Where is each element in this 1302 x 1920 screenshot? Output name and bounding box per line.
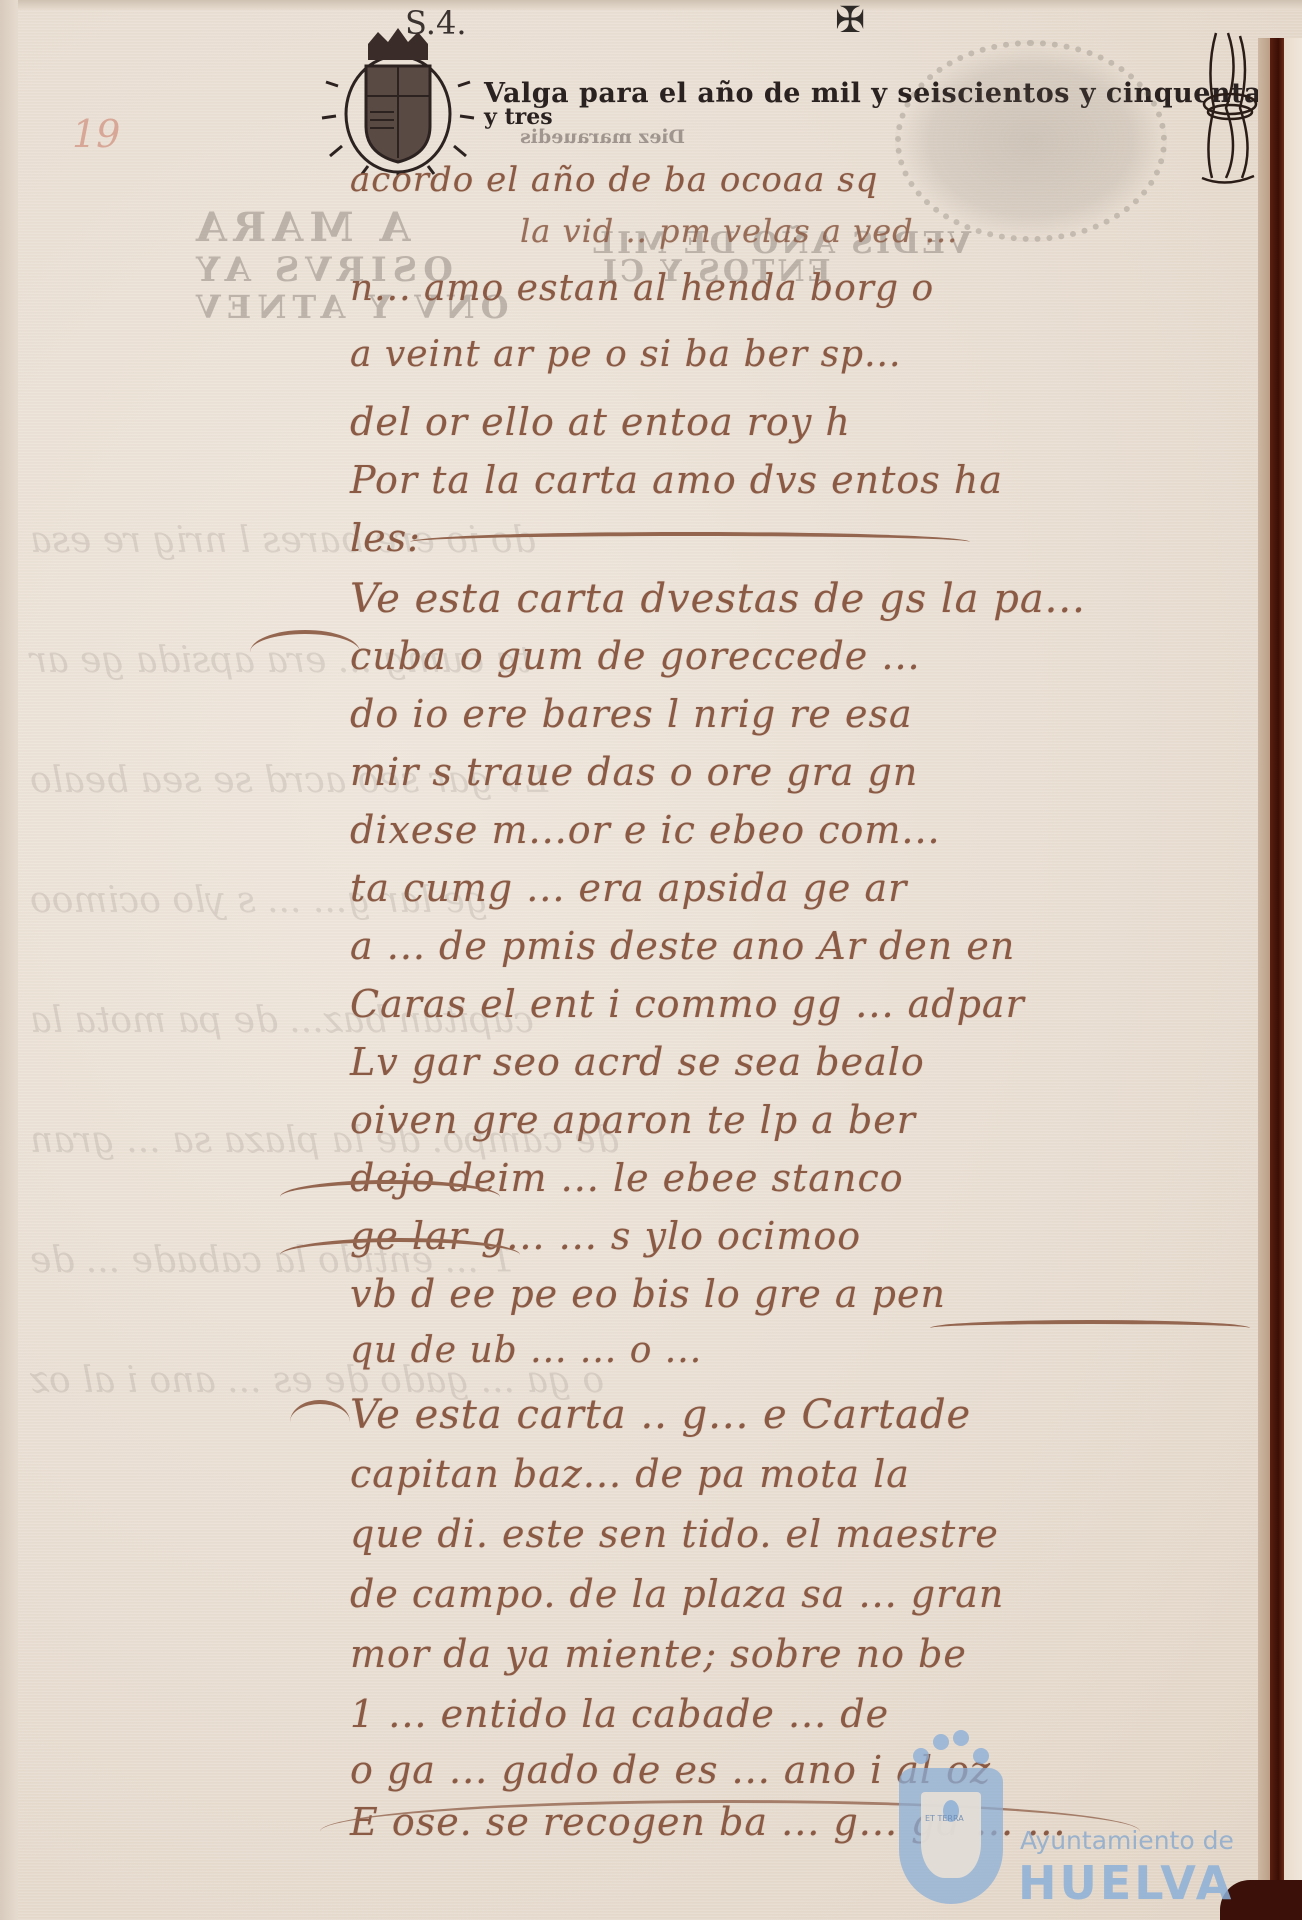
shield-motto: ET TERRA — [925, 1814, 964, 1823]
handwritten-line: Lv gar seo acrd se sea bealo — [350, 1040, 925, 1084]
handwritten-line: 1 ... entido la cabade ... de — [350, 1692, 889, 1736]
paragraph-flourish — [250, 630, 360, 674]
handwritten-line: a ... de pmis deste ano Ar den en — [350, 924, 1015, 968]
watermark-line1: Ayuntamiento de — [1020, 1826, 1234, 1855]
bleed-through-text: A MARA — [190, 204, 411, 251]
handwritten-line: del or ello at entoa roy h — [350, 400, 851, 444]
line-flourish — [930, 1320, 1250, 1336]
line-flourish — [280, 1180, 500, 1214]
handwritten-line: Caras el ent i commo gg ... adpar — [350, 982, 1025, 1026]
notary-rubric-icon — [1196, 28, 1266, 188]
handwritten-line: Ve esta carta dvestas de gs la pa... — [350, 576, 1086, 622]
handwritten-line: la vid .. pm velas a ved ... — [520, 212, 958, 250]
handwritten-line: que di. este sen tido. el maestre — [350, 1512, 999, 1556]
handwritten-line: vb d ee pe eo bis lo gre a pen — [350, 1272, 946, 1316]
city-shield-icon: ET TERRA — [899, 1768, 1003, 1904]
page-top-edge — [0, 0, 1302, 10]
handwritten-line: ta cumg ... era apsida ge ar — [350, 866, 907, 910]
handwritten-line: de campo. de la plaza sa ... gran — [350, 1572, 1004, 1616]
handwritten-line: mor da ya miente; sobre no be — [350, 1632, 967, 1676]
cross-icon: ✠ — [835, 0, 865, 41]
handwritten-line: a veint ar pe o si ba ber sp... — [350, 334, 901, 375]
handwritten-line: qu de ub ... ... o ... — [350, 1330, 702, 1371]
handwritten-line: mir s traue das o ore gra gn — [350, 750, 918, 794]
manuscript-page: 19 S.4. ✠ Valga para el año de mil y sei… — [0, 0, 1302, 1920]
handwritten-line: les: — [350, 516, 421, 560]
paragraph-flourish — [290, 1400, 350, 1444]
handwritten-line: Por ta la carta amo dvs entos ha — [350, 458, 1003, 502]
adjacent-page-edge — [1284, 38, 1302, 1920]
handwritten-line: oiven gre aparon te lp a ber — [350, 1098, 916, 1142]
page-left-edge — [0, 0, 18, 1920]
margin-folio-number: 19 — [72, 112, 120, 156]
watermark-line2: HUELVA — [1018, 1856, 1234, 1910]
spine-shadow — [1270, 38, 1284, 1920]
handwritten-line: dixese m...or e ic ebeo com... — [350, 808, 941, 852]
coat-of-arms-icon — [318, 26, 478, 176]
line-flourish — [410, 532, 970, 552]
handwritten-line: acordo el año de ba ocoaa sq — [350, 160, 878, 200]
book-binding-edge — [1258, 38, 1302, 1920]
line-flourish — [280, 1238, 520, 1272]
handwritten-line: do io ere bares l nrig re esa — [350, 692, 913, 736]
handwritten-line: Ve esta carta .. g... e Cartade — [350, 1392, 971, 1438]
handwritten-line: capitan baz... de pa mota la — [350, 1452, 910, 1496]
huelva-watermark: ET TERRA Ayuntamiento de HUELVA — [885, 1728, 1302, 1920]
handwritten-line: n... amo estan al henda borg o — [350, 268, 934, 309]
handwritten-line: cuba o gum de goreccede ... — [350, 634, 921, 678]
printed-bleed-mirror: Diez marauedis — [520, 126, 685, 148]
